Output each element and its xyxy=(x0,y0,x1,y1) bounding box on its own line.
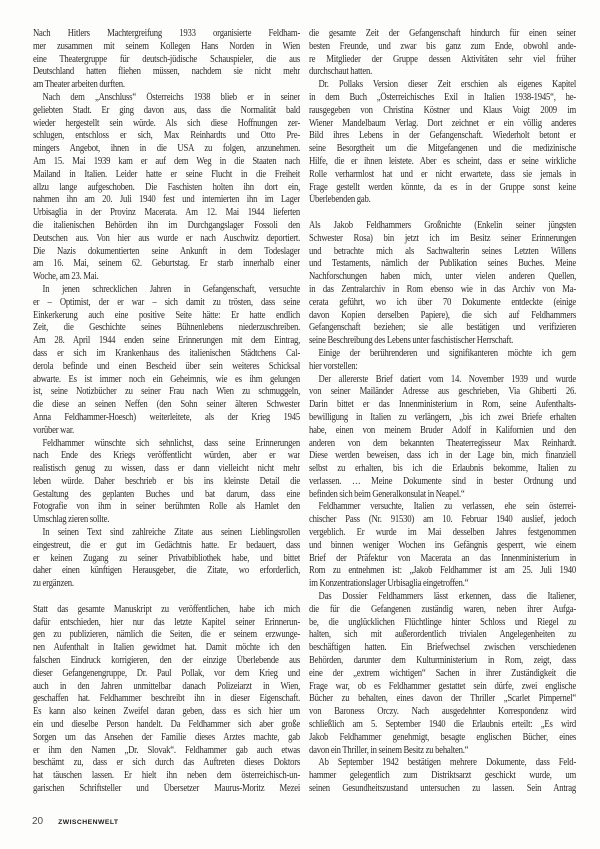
paragraph: die gesamte Zeit der Gefangenschaft hind… xyxy=(309,28,576,79)
text-line: Hilfe, die er ihnen leistete. Aber es sc… xyxy=(309,156,576,169)
text-line: die diese an seinen Neffen (den Sohn sei… xyxy=(33,399,300,412)
text-line: Rom zu entnehmen ist: „Jakob Feldhammer … xyxy=(309,565,576,578)
text-line: davon Kopien derselben Papiere), die sic… xyxy=(309,310,576,323)
text-line: seinen Gesundheitszustand untersuchen zu… xyxy=(309,783,576,796)
text-line: be, die unglücklichen Flüchtlinge hinter… xyxy=(309,617,576,630)
paragraph: Als Jakob Feldhammers Großnichte (Enkeli… xyxy=(309,220,576,348)
page-number: 20 xyxy=(32,816,43,827)
text-line: schlugen, entschloss er sich, Max Reinha… xyxy=(33,130,300,143)
text-line: er keinen Zugang zu seiner Privatbibliot… xyxy=(33,553,300,566)
paragraph: In jenen schrecklichen Jahren in Gefange… xyxy=(33,284,300,438)
text-line: Die Nazis dokumentierten seine Ankunft i… xyxy=(33,246,300,259)
paragraph: Ab September 1942 bestätigen mehrere Dok… xyxy=(309,757,576,795)
text-line: Mailand in Italien. Leider hatte er sein… xyxy=(33,169,300,182)
text-line: selbst zu erhalten, bis ich die Erlaubni… xyxy=(309,463,576,476)
text-line: geliebten Stadt. Er ging davon aus, dass… xyxy=(33,105,300,118)
journal-name: ZWISCHENWELT xyxy=(58,819,118,826)
text-line: leben würde. Daher beschrieb er bis ins … xyxy=(33,476,300,489)
text-line: Sorgen um das Ansehen der Familie dieses… xyxy=(33,732,300,745)
text-line: Darin bittet er das Innenministerium in … xyxy=(309,399,576,412)
text-line: eingestreut, die er gut im Gedächtnis ha… xyxy=(33,540,300,553)
text-line: Schwester Rosa) bin jetzt ich im Besitz … xyxy=(309,233,576,246)
text-line: nach Ende des Kriegs veröffentlicht würd… xyxy=(33,450,300,463)
text-line: wieder hergestellt sein würde. Als sich … xyxy=(33,118,300,131)
text-line: verlassen. … Meine Dokumente sind in bes… xyxy=(309,476,576,489)
text-line: Es kann also keinen Zweifel daran geben,… xyxy=(33,706,300,719)
text-line: mingers Angebot, ihnen in die USA zu fol… xyxy=(33,143,300,156)
paragraph: Feldhammer versuchte, Italien zu verlass… xyxy=(309,501,576,591)
text-line: Diese werden beweisen, dass ich in der L… xyxy=(309,450,576,463)
text-line: abwarte. Es ist immer noch ein Geheimnis… xyxy=(33,374,300,387)
text-line: Überlebenden gab. xyxy=(309,194,576,207)
text-line: Bücher zu behalten, eines davon der Thri… xyxy=(309,693,576,706)
text-line: hat täuschen lassen. Er hielt ihn neben … xyxy=(33,770,300,783)
text-line: rausgegeben von Christina Köstner und Kl… xyxy=(309,105,576,118)
paragraph: Feldhammer wünschte sich sehnlichst, das… xyxy=(33,438,300,528)
text-line: in dem Buch „Österreichisches Exil in It… xyxy=(309,92,576,105)
paragraph: Nach dem „Anschluss“ Österreichs 1938 bl… xyxy=(33,92,300,284)
text-line: Frage war, ob es Feldhammer gestattet se… xyxy=(309,681,576,694)
text-line: befinden sich beim Generalkonsulat in Ne… xyxy=(309,489,576,502)
text-line: in das Zentralarchiv in Rom ebenso wie i… xyxy=(309,284,576,297)
text-line: Gestaltung des geplanten Buches und bat … xyxy=(33,489,300,502)
text-line: Das Dossier Feldhammers lässt erkennen, … xyxy=(309,591,576,604)
text-line: am Theater arbeiten durften. xyxy=(33,79,300,92)
magazine-page: Nach Hitlers Machtergreifung 1933 organi… xyxy=(0,0,600,849)
text-line: davon ein Thriller, in seinem Besitz zu … xyxy=(309,745,576,758)
text-line: und Testaments, nämlich der Publikation … xyxy=(309,258,576,271)
text-line: Einkerkerung auch eine positive Seite hä… xyxy=(33,310,300,323)
text-line: die für die Gefangenen zuständig waren, … xyxy=(309,604,576,617)
text-line: vergeblich. Er wurde im Mai desselben Ja… xyxy=(309,527,576,540)
text-line: chischer Pass (Nr. 91530) am 10. Februar… xyxy=(309,514,576,527)
text-line: In jenen schrecklichen Jahren in Gefange… xyxy=(33,284,300,297)
text-line: realistisch genug zu wissen, dass er dan… xyxy=(33,463,300,476)
text-line: gen zu publizieren, nämlich die Seiten, … xyxy=(33,629,300,642)
text-line: geschaffen hat. Feldhammer beschreibt ih… xyxy=(33,693,300,706)
text-line: Behörden, darunter dem Kulturministerium… xyxy=(309,655,576,668)
text-line: Am 28. April 1944 enden seine Erinnerung… xyxy=(33,335,300,348)
text-line: Nach dem „Anschluss“ Österreichs 1938 bl… xyxy=(33,92,300,105)
text-column: Nach Hitlers Machtergreifung 1933 organi… xyxy=(33,28,300,796)
text-line: ein und dieselbe Person handelt. Da Feld… xyxy=(33,719,300,732)
text-line: Ab September 1942 bestätigen mehrere Dok… xyxy=(309,757,576,770)
text-line: die gesamte Zeit der Gefangenschaft hind… xyxy=(309,28,576,41)
text-line: Woche, am 23. Mai. xyxy=(33,271,300,284)
text-line: Der allererste Brief datiert vom 14. Nov… xyxy=(309,374,576,387)
text-line: Urbisaglia in der Provinz Macerata. Am 1… xyxy=(33,207,300,220)
text-line: Bild ihres Lebens in der Gefangenschaft.… xyxy=(309,130,576,143)
text-line: und betrachte mich als Sachwalterin sein… xyxy=(309,246,576,259)
text-line: eine der „extrem wichtigen“ Sachen in ih… xyxy=(309,668,576,681)
text-line: Zeit, die Geschichte seines Bühnenlebens… xyxy=(33,322,300,335)
text-line: Als Jakob Feldhammers Großnichte (Enkeli… xyxy=(309,220,576,233)
text-line: cerata geführt, wo ich über 70 Dokumente… xyxy=(309,297,576,310)
text-line: mer zusammen mit seinem Kollegen Hans No… xyxy=(33,41,300,54)
text-line: er – Optimist, der er war – sich damit z… xyxy=(33,297,300,310)
text-line: Jakob Feldhammer genehmigt, besagte engl… xyxy=(309,732,576,745)
page-footer: 20 ZWISCHENWELT xyxy=(32,816,119,827)
text-line: von seiner Mailänder Adresse aus geschri… xyxy=(309,386,576,399)
text-line: falschen Eindruck korrigieren, den der e… xyxy=(33,655,300,668)
text-line: Am 15. Mai 1939 kam er auf dem Weg in di… xyxy=(33,156,300,169)
text-line: beschämt zu, dass er sich durch das Auft… xyxy=(33,757,300,770)
text-line: er ihm den Namen „Dr. Slovak“. Feldhamme… xyxy=(33,745,300,758)
text-line: Dr. Pollaks Version dieser Zeit erschien… xyxy=(309,79,576,92)
text-line: zu ergänzen. xyxy=(33,578,300,591)
text-line: Anna Feldhammer-Hoesch) weiterleitete, a… xyxy=(33,412,300,425)
text-line: nen Aufenthalt in Italien gewidmet hat. … xyxy=(33,642,300,655)
text-line: anderen von dem bekannten Theaterregisse… xyxy=(309,438,576,451)
text-line: von Baroness Orczy. Nach ausgedehnter Ko… xyxy=(309,706,576,719)
text-line: bewilligung in Italien zu verlängern, „b… xyxy=(309,412,576,425)
text-line: Feldhammer wünschte sich sehnlichst, das… xyxy=(33,438,300,451)
text-line: Brief der Präfektur von Macerata an das … xyxy=(309,553,576,566)
paragraph: Der allererste Brief datiert vom 14. Nov… xyxy=(309,374,576,502)
text-line: beschäftigen hatten. Ein Briefwechsel zw… xyxy=(309,642,576,655)
text-line: dafür entschieden, hier nur das letzte K… xyxy=(33,617,300,630)
text-line: derola befinde und einen Bescheid über s… xyxy=(33,361,300,374)
text-line: im Konzentrationslager Urbisaglia einget… xyxy=(309,578,576,591)
text-line: allzu lange aufgeschoben. Die Faschisten… xyxy=(33,182,300,195)
text-line: hier vorstellen: xyxy=(309,361,576,374)
text-line: Deutschland hatten fliehen müssen, nachd… xyxy=(33,66,300,79)
text-line: und binnen weniger Wochen ins Gefängnis … xyxy=(309,540,576,553)
text-line: eine Theatergruppe für deutsch-jüdische … xyxy=(33,54,300,67)
text-line: ist, seine Notizbücher zu seiner Frau na… xyxy=(33,386,300,399)
text-columns: Nach Hitlers Machtergreifung 1933 organi… xyxy=(33,28,576,796)
text-line: Fotografie von ihm in seiner berühmten R… xyxy=(33,501,300,514)
text-line: dass er sich im Krankenhaus des italieni… xyxy=(33,348,300,361)
text-line: besten Freunde, und zwar bis ganz zum En… xyxy=(309,41,576,54)
text-line: Rolle verharmlost hat und er nicht erwar… xyxy=(309,169,576,182)
text-line: Nachforschungen haben mich, unter vielen… xyxy=(309,271,576,284)
text-line: Gefangenschaft beziehen; sie alle bestät… xyxy=(309,322,576,335)
text-line: hammer gelegentlich zum Distriktsarzt ge… xyxy=(309,770,576,783)
text-line: Wiener Mandelbaum Verlag. Dort zeichnet … xyxy=(309,118,576,131)
paragraph: Nach Hitlers Machtergreifung 1933 organi… xyxy=(33,28,300,92)
text-line: Statt das gesamte Manuskript zu veröffen… xyxy=(33,604,300,617)
text-line: Einige der berührenderen und signifikant… xyxy=(309,348,576,361)
text-line: re Mitglieder der Gruppe dessen Aktivitä… xyxy=(309,54,576,67)
text-line: Nach Hitlers Machtergreifung 1933 organi… xyxy=(33,28,300,41)
text-line: Frage gestellt werden könnte, da es in d… xyxy=(309,182,576,195)
text-line: am 16. Mai, seinem 62. Geburtstag. Er st… xyxy=(33,258,300,271)
text-line: daher einen künftigen Herausgeber, die Z… xyxy=(33,565,300,578)
text-column: die gesamte Zeit der Gefangenschaft hind… xyxy=(309,28,576,796)
text-line: durchschaut hatten. xyxy=(309,66,576,79)
text-line: die italienischen Behörden ihn im Durchg… xyxy=(33,220,300,233)
text-line: nahmen ihn am 20. Juli 1940 fest und int… xyxy=(33,194,300,207)
text-line: schließlich am 5. September 1940 die Erl… xyxy=(309,719,576,732)
text-line: vorüber war. xyxy=(33,425,300,438)
text-line: garischen Schriftsteller und Übersetzer … xyxy=(33,783,300,796)
paragraph: Dr. Pollaks Version dieser Zeit erschien… xyxy=(309,79,576,207)
text-line: In seinen Text sind zahlreiche Zitate au… xyxy=(33,527,300,540)
text-line: auch in den Jahren unmittelbar danach Po… xyxy=(33,681,300,694)
text-line: halten, sich mit außerordentlich trivial… xyxy=(309,629,576,642)
paragraph: In seinen Text sind zahlreiche Zitate au… xyxy=(33,527,300,591)
text-line: seine Besorgtheit um die Mitgefangenen u… xyxy=(309,143,576,156)
text-line: Umschlag zieren sollte. xyxy=(33,514,300,527)
paragraph: Einige der berührenderen und signifikant… xyxy=(309,348,576,374)
text-line: seine Beschreibung des Lebens unter fasc… xyxy=(309,335,576,348)
text-line: Feldhammer versuchte, Italien zu verlass… xyxy=(309,501,576,514)
paragraph: Statt das gesamte Manuskript zu veröffen… xyxy=(33,604,300,796)
text-line: habe, einen von meinem Bruder Adolf in K… xyxy=(309,425,576,438)
text-line: Deutschen aus. Von hier aus wurde er nac… xyxy=(33,233,300,246)
paragraph: Das Dossier Feldhammers lässt erkennen, … xyxy=(309,591,576,757)
text-line: dieser Gefangenengruppe, Dr. Paul Pollak… xyxy=(33,668,300,681)
